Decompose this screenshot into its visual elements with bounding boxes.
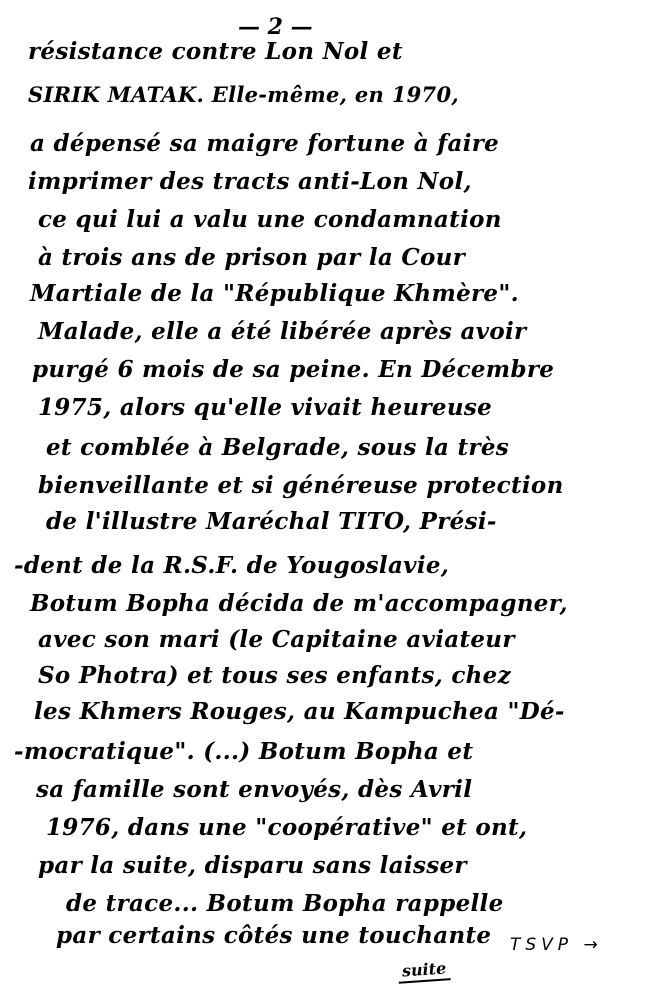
text-line: SIRIK MATAK. Elle-même, en 1970, [28, 82, 459, 107]
text-line: de l'illustre Maréchal TITO, Prési- [46, 508, 497, 535]
text-line: Martiale de la "République Khmère". [30, 280, 519, 307]
text-line: avec son mari (le Capitaine aviateur [38, 626, 515, 653]
tsvp-note: TSVP → [510, 935, 603, 955]
text-line: de trace... Botum Bopha rappelle [66, 890, 504, 917]
text-line: les Khmers Rouges, au Kampuchea "Dé- [34, 698, 565, 725]
text-line: purgé 6 mois de sa peine. En Décembre [32, 356, 554, 383]
text-line: 1976, dans une "coopérative" et ont, [46, 814, 527, 841]
text-line: et comblée à Belgrade, sous la très [46, 434, 509, 461]
text-line: 1975, alors qu'elle vivait heureuse [38, 394, 492, 421]
handwritten-page: — 2 — résistance contre Lon Nol et SIRIK… [0, 0, 650, 999]
suite-note: suite [397, 958, 451, 984]
text-line: imprimer des tracts anti-Lon Nol, [28, 168, 472, 195]
text-line: à trois ans de prison par la Cour [38, 244, 465, 271]
text-line: sa famille sont envoyés, dès Avril [36, 776, 472, 803]
text-line: -dent de la R.S.F. de Yougoslavie, [14, 552, 449, 579]
page-number: — 2 — [238, 14, 313, 40]
text-line: So Photra) et tous ses enfants, chez [38, 662, 511, 689]
text-line: a dépensé sa maigre fortune à faire [30, 130, 499, 157]
text-line: par la suite, disparu sans laisser [38, 852, 467, 879]
text-line: par certains côtés une touchante [56, 922, 491, 949]
text-line: -mocratique". (...) Botum Bopha et [14, 738, 473, 765]
text-line: ce qui lui a valu une condamnation [38, 206, 502, 233]
text-line: bienveillante et si généreuse protection [38, 472, 564, 499]
text-line: résistance contre Lon Nol et [28, 38, 403, 65]
text-line: Malade, elle a été libérée après avoir [38, 318, 526, 345]
text-line: Botum Bopha décida de m'accompagner, [30, 590, 568, 617]
